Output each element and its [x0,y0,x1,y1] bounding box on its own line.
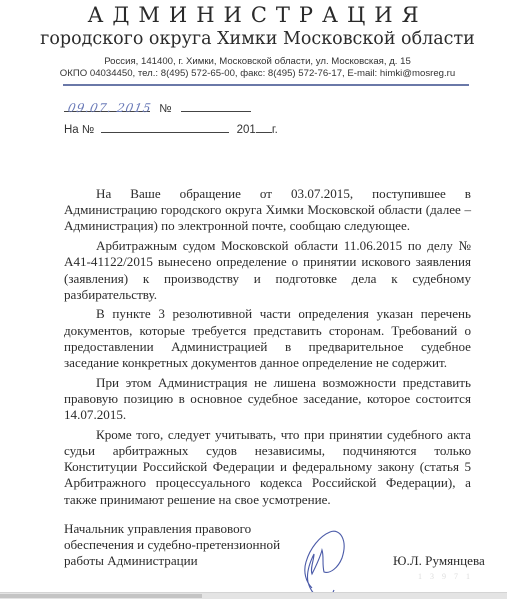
number-blank [181,100,251,112]
reply-registration-line: На № 201г. [64,121,278,136]
signatory-position: Начальник управления правового обеспечен… [64,521,280,570]
number-label: № [159,103,171,115]
year-prefix: 201 [237,124,256,136]
paragraph: В пункте 3 резолютивной части определени… [64,306,471,371]
position-line: работы Администрации [64,553,280,569]
organization-title: АДМИНИСТРАЦИЯ [0,3,507,27]
faint-stamp-number: 1 3 9 7 1 [418,572,473,581]
letter-body: На Ваше обращение от 03.07.2015, поступи… [64,186,471,511]
organization-address: Россия, 141400, г. Химки, Московской обл… [0,56,507,67]
paragraph: При этом Администрация не лишена возможн… [64,375,471,424]
paragraph: Кроме того, следует учитывать, что при п… [64,427,471,508]
handwritten-signature-icon [300,528,350,599]
year-suffix: г. [272,124,278,136]
year-blank [256,121,272,133]
organization-subtitle: городского округа Химки Московской облас… [0,29,507,49]
handwritten-date: 09.07. 2015 [67,101,153,115]
paragraph: Арбитражным судом Московской области 11.… [64,238,471,303]
reply-number-blank [101,121,229,133]
paragraph: На Ваше обращение от 03.07.2015, поступи… [64,186,471,235]
header-divider [63,84,469,86]
horizontal-scrollbar-thumb[interactable] [0,594,202,598]
reply-label: На № [64,124,94,136]
organization-contacts: ОКПО 04034450, тел.: 8(495) 572-65-00, ф… [0,68,507,79]
signatory-name: Ю.Л. Румянцева [393,553,485,569]
horizontal-scrollbar[interactable] [0,592,507,599]
position-line: Начальник управления правового [64,521,280,537]
position-line: обеспечения и судебно-претензионной [64,537,280,553]
